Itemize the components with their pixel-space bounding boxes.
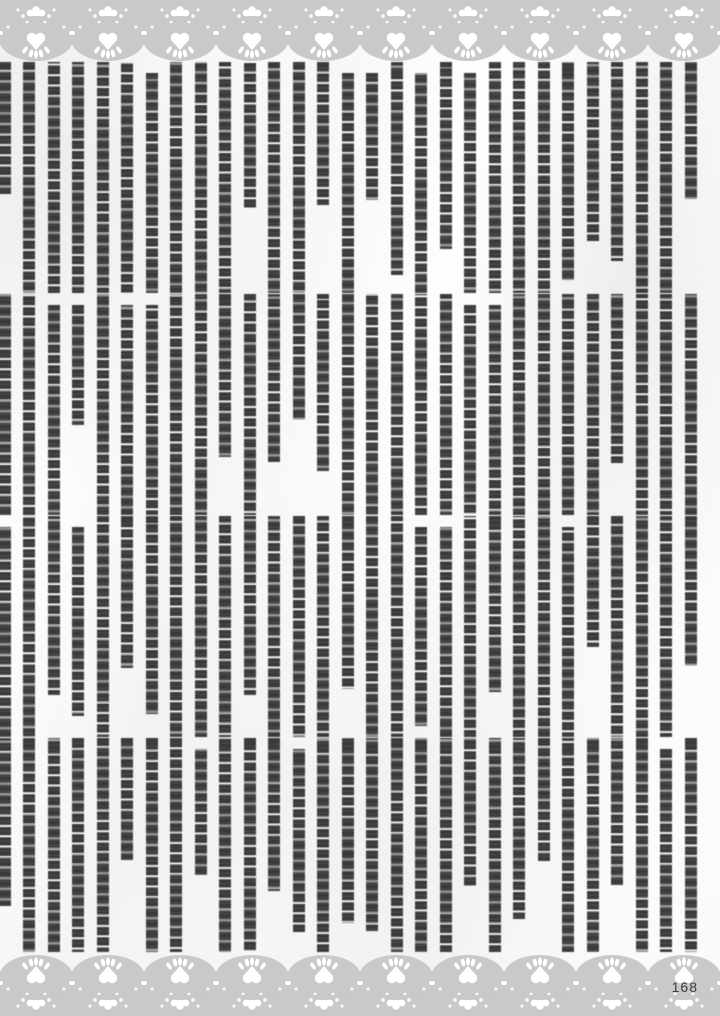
text-band-1 <box>28 62 698 293</box>
redacted-text-column <box>217 516 233 737</box>
lace-border-top <box>0 0 720 64</box>
redacted-text-column <box>95 516 111 737</box>
text-band-3 <box>28 516 698 737</box>
redacted-text-column <box>291 749 307 932</box>
redacted-text-column <box>585 62 601 241</box>
redacted-text-column <box>511 516 527 737</box>
redacted-text-column <box>21 294 37 515</box>
redacted-text-column <box>683 516 699 666</box>
redacted-text-column <box>683 738 699 952</box>
page-number: 168 <box>672 979 698 995</box>
redacted-text-column <box>168 62 184 293</box>
redacted-text-column <box>0 738 12 906</box>
redacted-text-column <box>193 294 209 515</box>
redacted-text-column <box>438 294 454 515</box>
redacted-text-column <box>340 294 356 515</box>
redacted-text-column <box>462 73 478 293</box>
redacted-text-column <box>168 516 184 737</box>
redacted-text-column <box>585 294 601 515</box>
redacted-text-column <box>658 294 674 515</box>
redacted-text-column <box>266 738 282 891</box>
redacted-text-column <box>193 749 209 875</box>
redacted-text-column <box>634 62 650 293</box>
redacted-text-column <box>462 516 478 737</box>
redacted-text-column <box>683 62 699 199</box>
redacted-text-column <box>291 516 307 737</box>
redacted-text-column <box>291 294 307 420</box>
redacted-text-column <box>560 527 576 737</box>
redacted-text-column <box>193 62 209 293</box>
redacted-text-column <box>413 294 429 515</box>
redacted-text-column <box>462 305 478 515</box>
redacted-text-column <box>242 738 258 952</box>
redacted-text-column <box>95 62 111 293</box>
redacted-text-column <box>119 738 135 860</box>
redacted-text-column <box>634 294 650 515</box>
redacted-text-column <box>193 516 209 737</box>
redacted-text-column <box>340 738 356 923</box>
redacted-text-column <box>389 516 405 737</box>
redacted-text-column <box>536 294 552 515</box>
redacted-text-column <box>389 738 405 952</box>
redacted-text-column <box>144 305 160 515</box>
redacted-text-column <box>536 738 552 861</box>
redacted-text-column <box>364 73 380 200</box>
lace-pattern <box>0 952 720 1016</box>
redacted-text-column <box>609 516 625 737</box>
redacted-text-column <box>0 62 12 194</box>
redacted-text-column <box>266 516 282 737</box>
redacted-text-column <box>389 294 405 515</box>
redacted-text-column <box>242 62 258 208</box>
redacted-text-column <box>70 527 86 716</box>
redacted-text-column <box>413 527 429 726</box>
redacted-text-column <box>95 738 111 952</box>
redacted-text-column <box>217 294 233 457</box>
redacted-text-column <box>585 516 601 647</box>
redacted-text-column <box>95 294 111 515</box>
redacted-text-column <box>291 62 307 293</box>
redacted-text-column <box>340 73 356 293</box>
redacted-text-column <box>560 738 576 952</box>
redacted-text-column <box>315 516 331 737</box>
redacted-text-column <box>609 294 625 463</box>
redacted-text-column <box>144 73 160 293</box>
redacted-text-column <box>609 738 625 885</box>
redacted-text-column <box>340 516 356 689</box>
redacted-text-column <box>560 294 576 515</box>
text-band-2 <box>28 294 698 515</box>
redacted-text-column <box>242 516 258 695</box>
redacted-text-column <box>487 516 503 692</box>
redacted-text-column <box>413 738 429 952</box>
redacted-text-column <box>438 527 454 737</box>
redacted-text-column <box>0 527 12 737</box>
redacted-text-column <box>46 305 62 515</box>
redacted-text-column <box>315 62 331 205</box>
redacted-text-column <box>560 62 576 280</box>
redacted-text-column <box>144 516 160 714</box>
redacted-text-column <box>46 516 62 695</box>
lace-pattern <box>0 0 720 64</box>
redacted-text-column <box>536 516 552 737</box>
redacted-text-column <box>70 738 86 952</box>
redacted-text-column <box>413 73 429 293</box>
redacted-text-column <box>462 738 478 886</box>
redacted-text-column <box>144 738 160 952</box>
redacted-text-column <box>634 516 650 737</box>
redacted-text-column <box>364 294 380 515</box>
redacted-text-column <box>487 738 503 952</box>
redacted-text-column <box>634 738 650 952</box>
redacted-text-column <box>438 62 454 249</box>
redacted-text-column <box>315 294 331 471</box>
page-text-area <box>28 62 698 952</box>
redacted-text-column <box>487 305 503 515</box>
redacted-text-column <box>168 294 184 515</box>
redacted-text-column <box>364 516 380 737</box>
redacted-text-column <box>266 294 282 462</box>
redacted-text-column <box>70 305 86 425</box>
redacted-text-column <box>487 62 503 293</box>
redacted-text-column <box>70 62 86 293</box>
redacted-text-column <box>119 62 135 293</box>
redacted-text-column <box>438 738 454 952</box>
redacted-text-column <box>0 294 12 515</box>
redacted-text-column <box>242 294 258 515</box>
redacted-text-column <box>658 749 674 952</box>
redacted-text-column <box>21 516 37 737</box>
redacted-text-column <box>585 738 601 952</box>
redacted-text-column <box>266 62 282 293</box>
redacted-text-column <box>217 738 233 952</box>
redacted-text-column <box>364 738 380 931</box>
redacted-text-column <box>511 738 527 919</box>
redacted-text-column <box>46 62 62 293</box>
redacted-text-column <box>683 294 699 515</box>
redacted-text-column <box>21 738 37 952</box>
lace-border-bottom <box>0 952 720 1016</box>
redacted-text-column <box>168 738 184 952</box>
redacted-text-column <box>217 62 233 293</box>
redacted-text-column <box>658 516 674 737</box>
redacted-text-column <box>609 62 625 261</box>
redacted-text-column <box>119 305 135 515</box>
redacted-text-column <box>119 516 135 668</box>
redacted-text-column <box>511 62 527 293</box>
redacted-text-column <box>315 738 331 952</box>
redacted-text-column <box>21 62 37 293</box>
redacted-text-column <box>46 738 62 952</box>
redacted-text-column <box>389 62 405 275</box>
redacted-text-column <box>536 62 552 293</box>
text-band-4 <box>28 738 698 952</box>
redacted-text-column <box>511 294 527 515</box>
redacted-text-column <box>658 62 674 293</box>
